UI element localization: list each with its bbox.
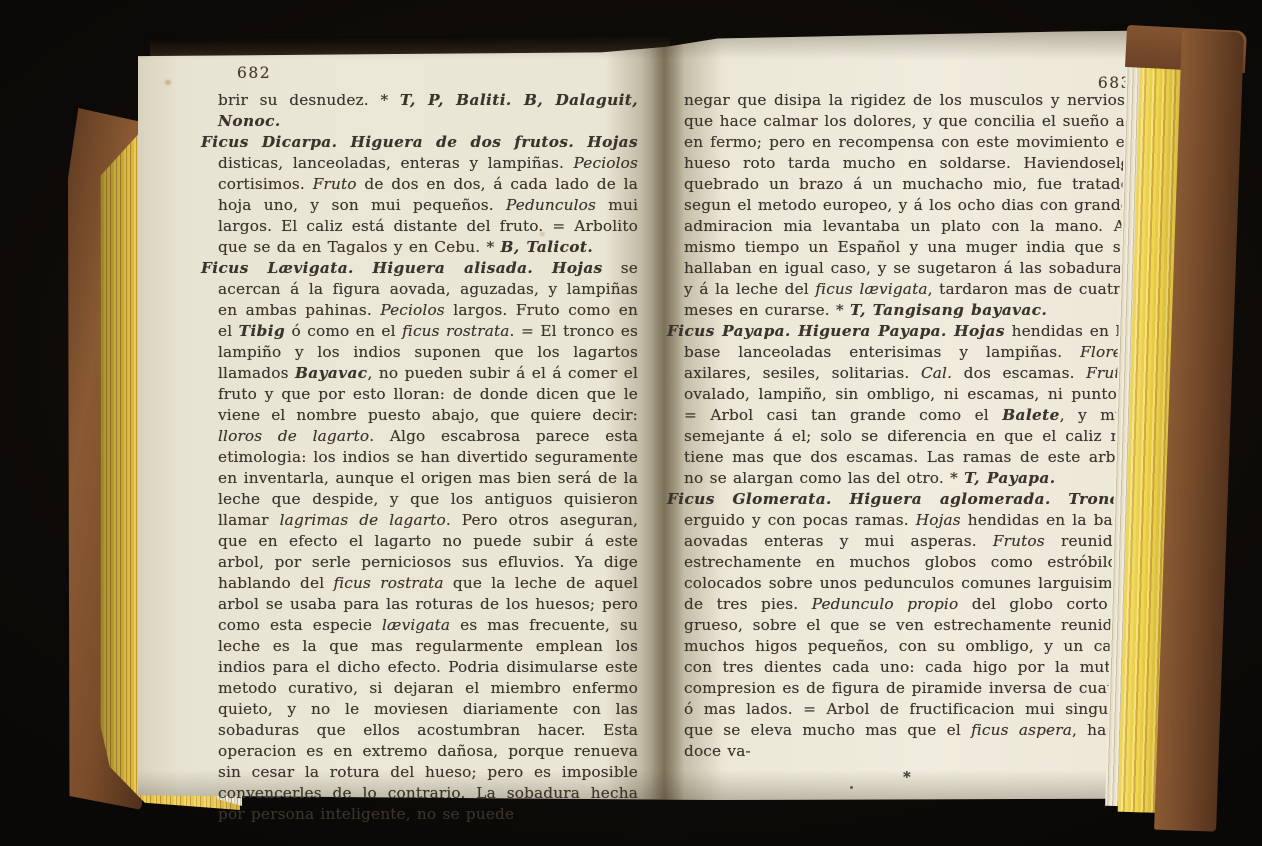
- paragraph: negar que disipa la rigidez de los muscu…: [684, 90, 1130, 321]
- page-text-column-right: negar que disipa la rigidez de los muscu…: [684, 90, 1130, 762]
- paragraph: Ficus Lævigata. Higuera alisada. Hojas s…: [218, 258, 638, 825]
- page-text-column-left: brir su desnudez. * T, P, Baliti. B, Dal…: [218, 90, 638, 825]
- foxing-spot: [165, 80, 171, 85]
- footnote-asterisk: *: [684, 767, 1130, 788]
- paragraph: Ficus Glomerata. Higuera aglomerada. Tro…: [684, 489, 1130, 762]
- ink-speck: [850, 786, 853, 789]
- paragraph: Ficus Payapa. Higuera Payapa. Hojas hend…: [684, 321, 1130, 489]
- page-number-left: 682: [237, 64, 271, 82]
- paragraph: brir su desnudez. * T, P, Baliti. B, Dal…: [218, 90, 638, 132]
- foxing-spot: [540, 232, 545, 236]
- paragraph: Ficus Dicarpa. Higuera de dos frutos. Ho…: [218, 132, 638, 258]
- book-photograph: 682 683 brir su desnudez. * T, P, Baliti…: [0, 0, 1262, 846]
